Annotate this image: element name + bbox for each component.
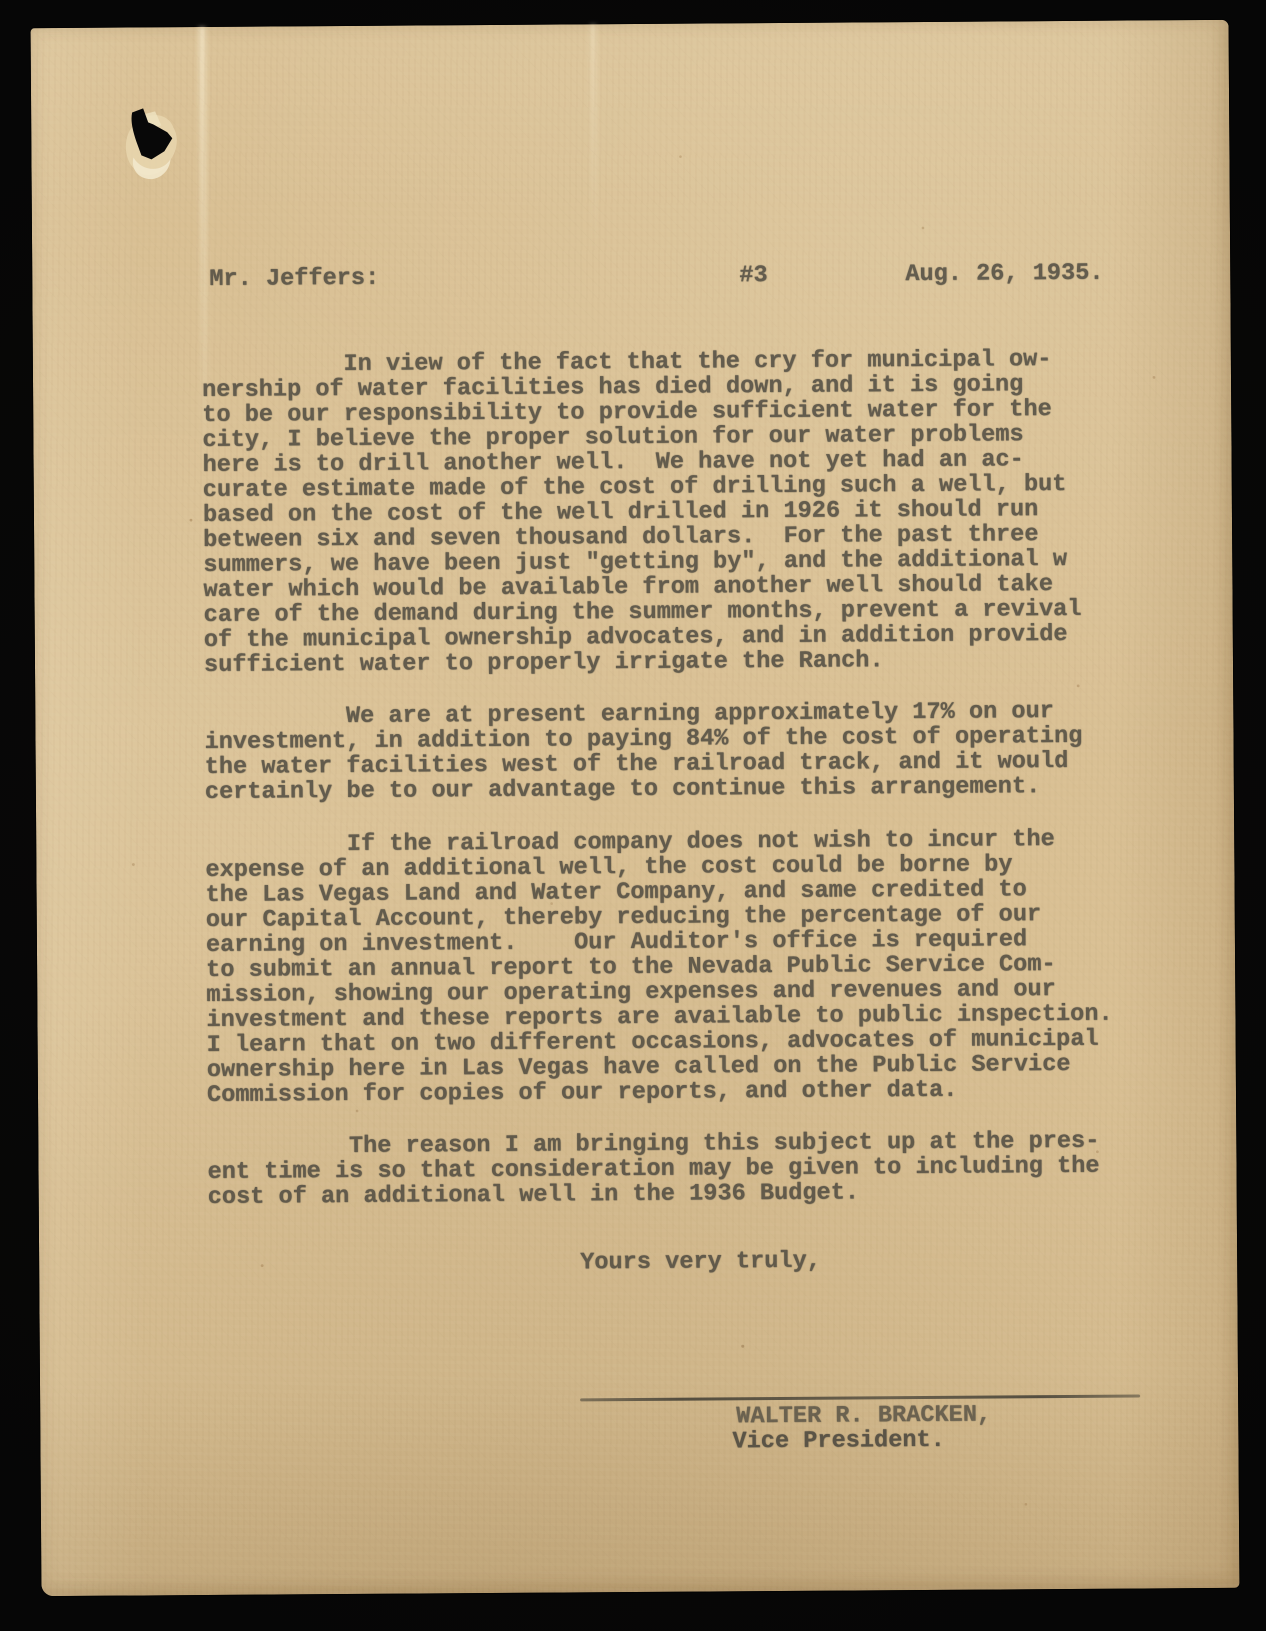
letter-date: Aug. 26, 1935.: [905, 261, 1103, 287]
paper-texture: [31, 20, 1240, 1596]
punch-hole: [115, 101, 194, 198]
signature-title: Vice President.: [732, 1428, 945, 1454]
paragraph-1: In view of the fact that the cry for mun…: [202, 347, 1082, 678]
signature-name: WALTER R. BRACKEN,: [736, 1403, 991, 1430]
paragraph-2: We are at present earning approximately …: [204, 699, 1083, 805]
paper-fiber-specks: [31, 28, 33, 30]
paragraph-3: If the railroad company does not wish to…: [205, 827, 1113, 1108]
letter-page: Mr. Jeffers: #3 Aug. 26, 1935. In view o…: [31, 20, 1240, 1596]
closing-salutation: Yours very truly,: [580, 1249, 821, 1276]
photo-backdrop: Mr. Jeffers: #3 Aug. 26, 1935. In view o…: [0, 0, 1266, 1631]
signature-line: [580, 1394, 1140, 1401]
paragraph-4: The reason I am bringing this subject up…: [207, 1129, 1100, 1210]
page-number: #3: [739, 263, 768, 288]
recipient: Mr. Jeffers:: [209, 266, 379, 292]
paper-crease-secondary: [591, 24, 598, 254]
